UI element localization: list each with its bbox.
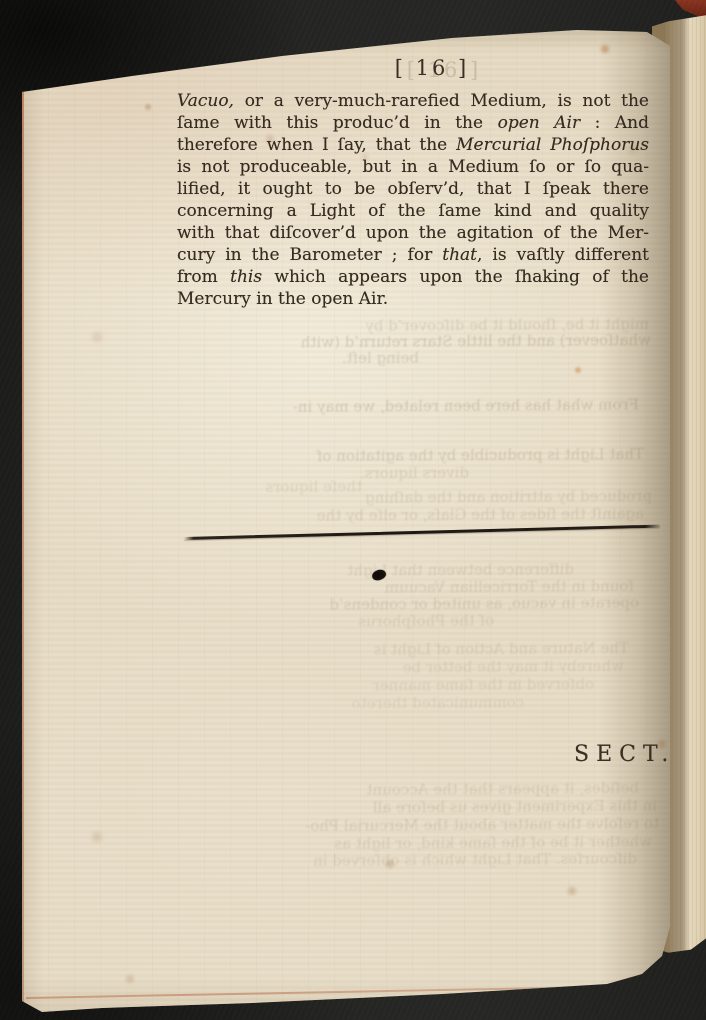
italic-text: this (230, 267, 262, 287)
bleedthrough-line: found in the Torricellian Vacuum (284, 577, 634, 597)
body-paragraph: Vacuo, or a very-much-rarefied Medium, i… (177, 90, 649, 310)
roman-text: or a very-much-rarefied Medium, is not t… (234, 91, 649, 111)
section-divider-rule (184, 525, 660, 540)
roman-text: from (177, 267, 230, 287)
bleedthrough-line: theſe liquors (182, 477, 362, 496)
bleedthrough-line: in this Experiment gives us before all (197, 796, 657, 817)
bleedthrough-line: whether it be of the ſame kind, or light… (197, 832, 652, 853)
text-line: therefore when I ſay, that the Mercurial… (177, 134, 649, 156)
page-edge-tint-bottom (26, 986, 618, 999)
bleedthrough-line: being left. (299, 349, 419, 368)
roman-text: , is vaſtly different (477, 245, 649, 265)
text-line: ſame with this produc’d in the open Air … (177, 112, 649, 134)
bleedthrough-line: difference between that Light (294, 560, 574, 580)
text-line: from this which appears upon the ſhaking… (177, 266, 649, 288)
bleedthrough-line: operate in vacuo, as united or condens’d (177, 593, 639, 614)
photo-backdrop: might it be, ſhould it be diſcover’d byw… (0, 0, 706, 1020)
roman-text: : And (580, 113, 649, 133)
bleedthrough-line: communicated thereto (284, 693, 524, 713)
roman-text: lified, it ought to be obſerv’d, that I … (177, 179, 649, 199)
bleedthrough-line: The Nature and Action of Light is (284, 639, 629, 659)
bleedthrough-line: obſerved in the ſame manner (294, 675, 594, 695)
bleedthrough-line: whatſoever) and the little Stars return’… (299, 331, 651, 351)
roman-text: cury in the Barometer ; for (177, 245, 442, 265)
roman-text: is not produceable, but in a Medium ſo o… (177, 157, 649, 177)
bleedthrough-line: That Light is producible by the agitatio… (299, 445, 644, 465)
scanned-page: might it be, ſhould it be diſcover’d byw… (22, 26, 670, 1016)
roman-text: concerning a Light of the ſame kind and … (177, 201, 649, 221)
italic-text: open Air (498, 113, 581, 133)
text-line: lified, it ought to be obſerv’d, that I … (177, 178, 649, 200)
italic-text: that (442, 245, 477, 265)
text-line: is not produceable, but in a Medium ſo o… (177, 156, 649, 178)
italic-text: Vacuo, (177, 91, 234, 111)
section-catchword: SECT. (574, 742, 675, 767)
bleedthrough-line: againſt the ſides of the Glaſs, or elſe … (174, 504, 644, 525)
bleedthrough-line: of the Phoſphorus (294, 611, 494, 630)
text-line: with that diſcover’d upon the agitation … (177, 222, 649, 244)
bleedthrough-line: From what has here been related, we may … (174, 395, 639, 416)
roman-text: therefore when I ſay, that the (177, 135, 456, 155)
roman-text: with that diſcover’d upon the agitation … (177, 223, 649, 243)
ink-blot (371, 568, 388, 583)
roman-text: which appears upon the ſhaking of the (262, 267, 649, 287)
roman-text: ſame with this produc’d in the (177, 113, 498, 133)
bleedthrough-line: whereby it may the better be (294, 657, 624, 677)
bleedthrough-line: beſides, it appears that the Account (284, 779, 639, 799)
roman-text: Mercury in the open Air. (177, 289, 388, 309)
bleedthrough-line: divers liquors. (309, 463, 469, 482)
bleedthrough-line: to reſolve the matter about the Mercuria… (187, 814, 659, 835)
page-number: [ 16 ] (362, 56, 502, 80)
foxing-spots (22, 26, 28, 32)
bleedthrough-line: might it be, ſhould it be diſcover’d by (329, 315, 649, 335)
italic-text: Mercurial Phoſphorus (456, 135, 649, 155)
text-line: cury in the Barometer ; for that, is vaſ… (177, 244, 649, 266)
bleedthrough-line: produced by attrition and the daſhing (272, 487, 652, 508)
text-line: concerning a Light of the ſame kind and … (177, 200, 649, 222)
text-line: Vacuo, or a very-much-rarefied Medium, i… (177, 90, 649, 112)
bleedthrough-line: diſcourſes. That Light which is obſerved… (197, 849, 637, 870)
text-line: Mercury in the open Air. (177, 288, 649, 310)
page-edge-tint-left (22, 90, 24, 1002)
